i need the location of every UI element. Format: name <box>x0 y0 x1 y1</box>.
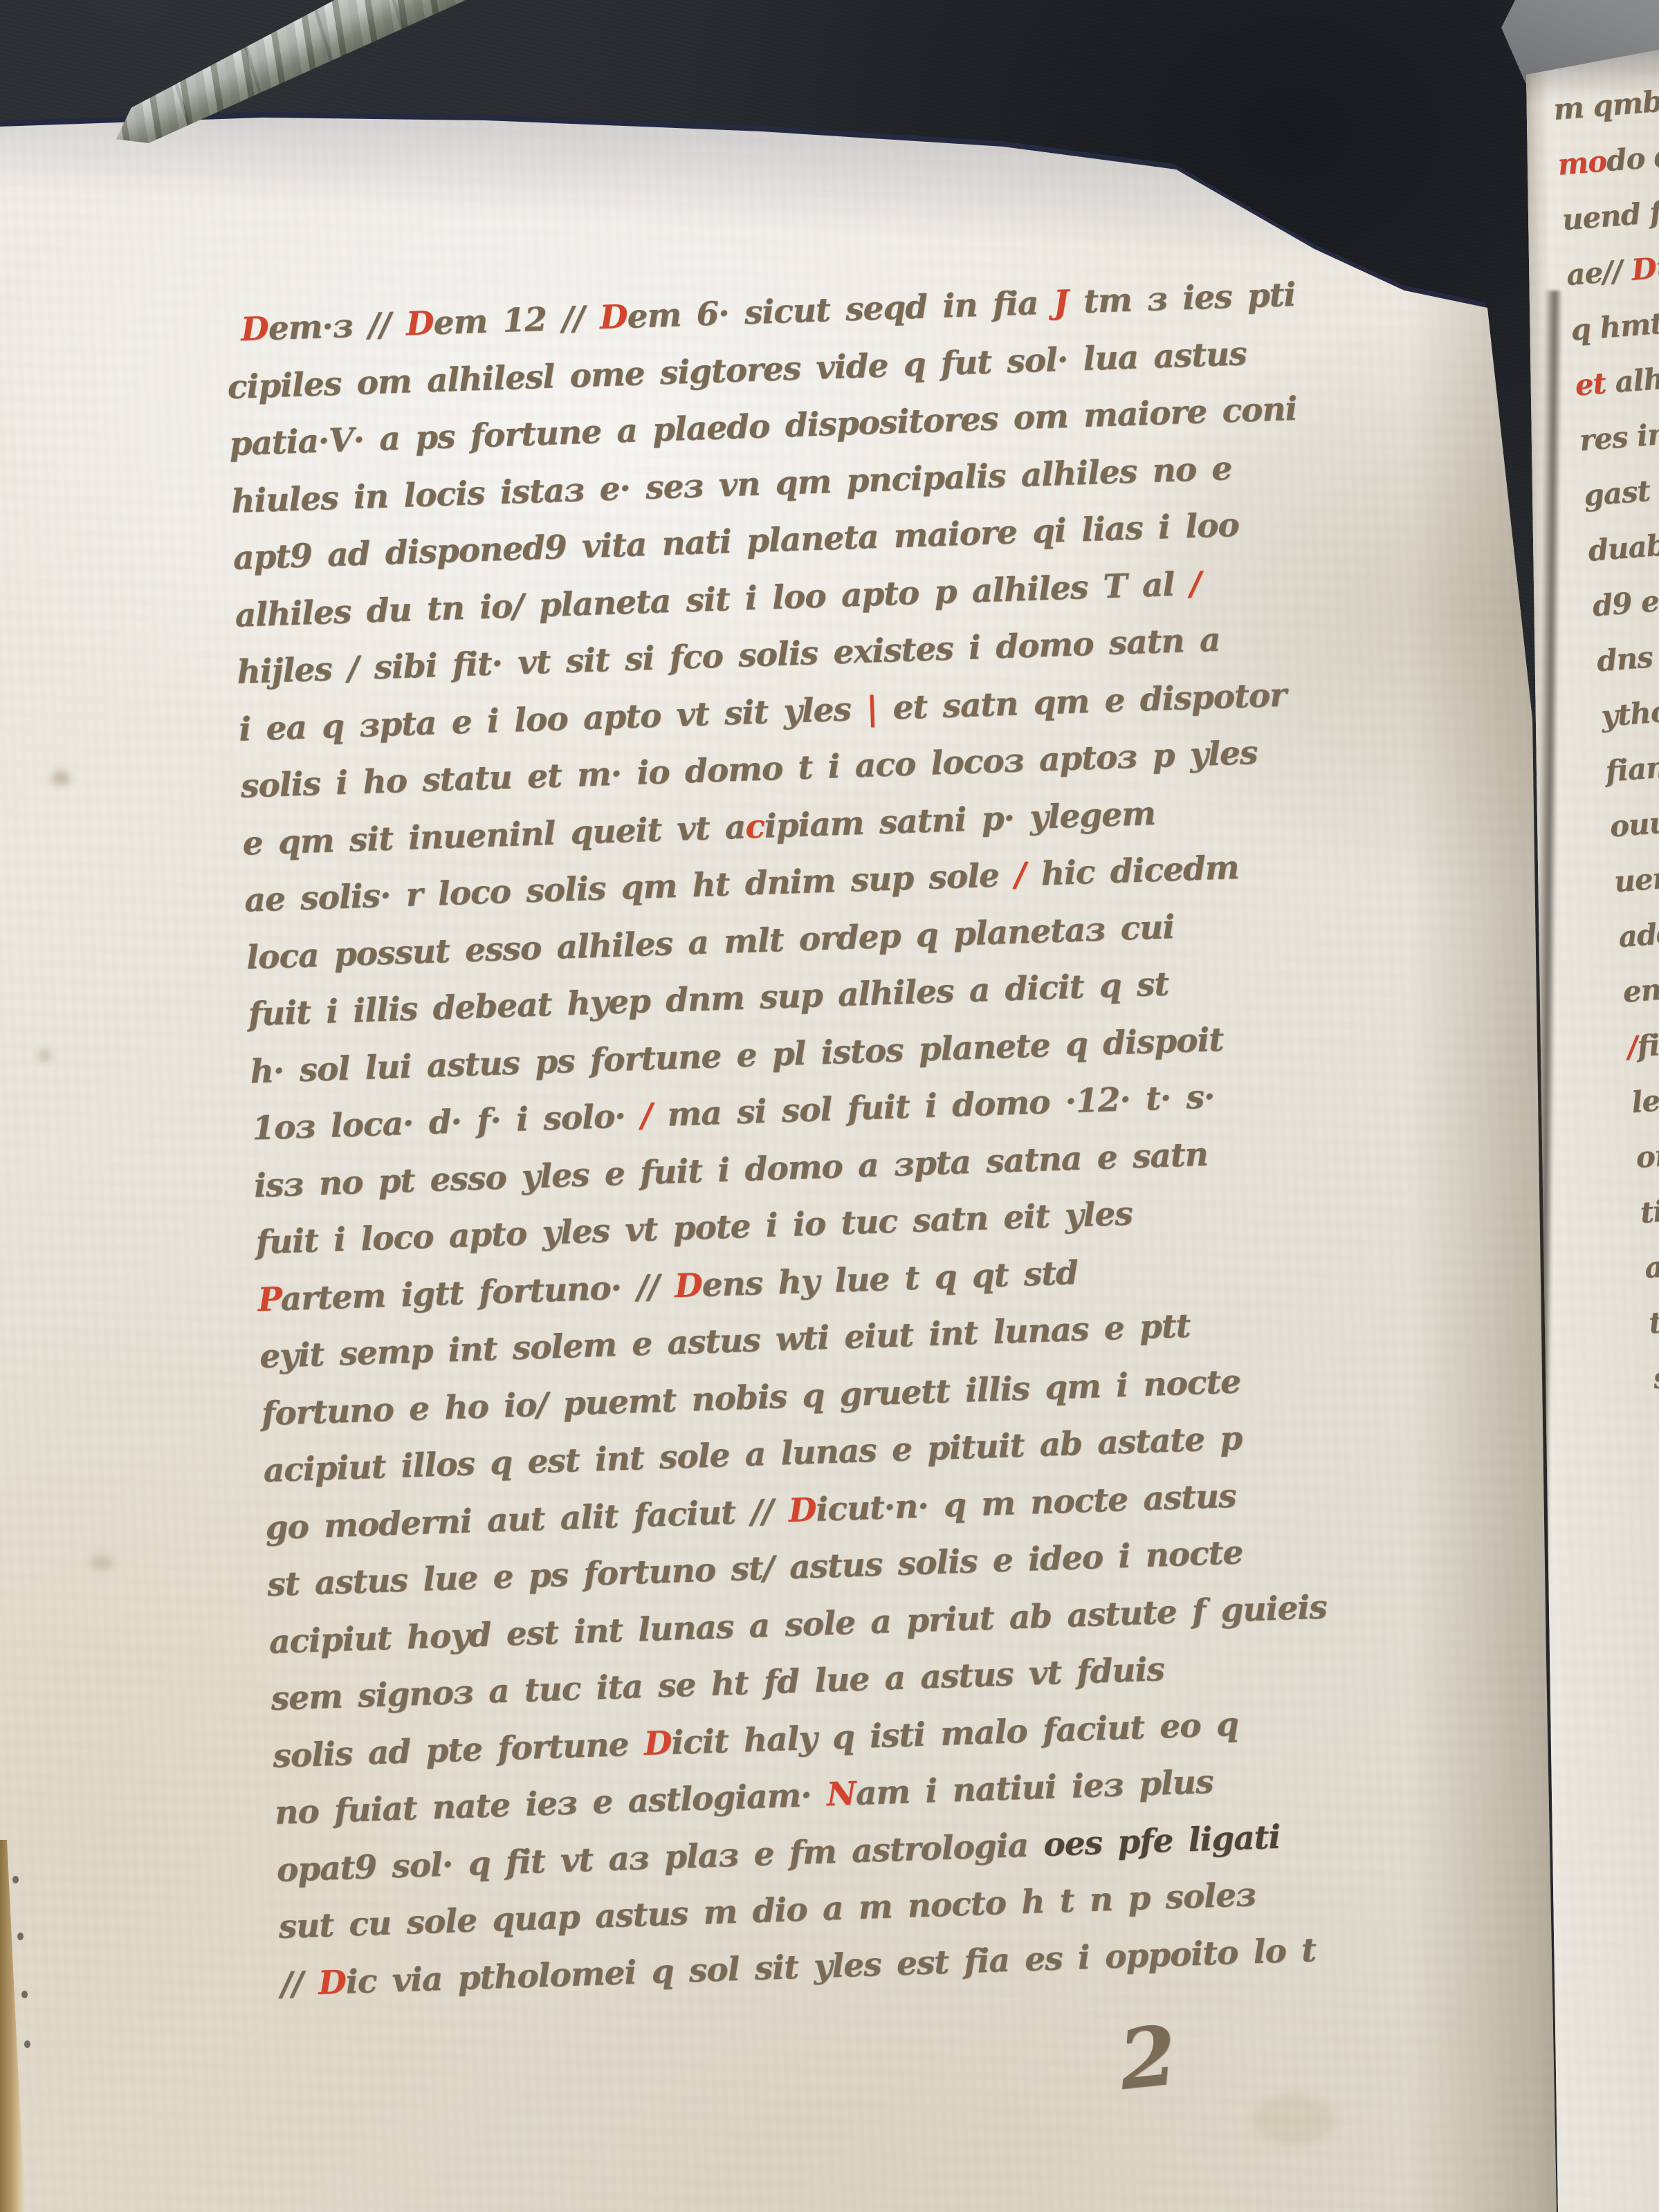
ink-text: or as <box>1635 1135 1659 1175</box>
rubric-mark: et <box>1574 366 1607 402</box>
ink-text: ipiam satni p· ylegem <box>764 794 1156 845</box>
facing-page-line: uerз e <box>1613 851 1659 916</box>
ink-text: duabз s <box>1587 524 1659 568</box>
rubric-mark: D <box>240 310 269 349</box>
ink-text: tie f <box>1639 1191 1659 1230</box>
parchment-stain <box>38 1050 52 1061</box>
facing-page-line: addit <box>1617 905 1659 971</box>
ink-text: am i natiui ieз plus <box>855 1763 1213 1813</box>
facing-page-line: les· e <box>1630 1071 1659 1137</box>
ink-text: addit <box>1617 914 1659 954</box>
ink-text: ouuca t <box>1608 801 1659 844</box>
facing-page-line: q hmt t <box>1569 299 1659 365</box>
facing-page-line: modo dim <box>1556 133 1659 199</box>
ink-text: // <box>280 1964 319 2003</box>
ink-text: ae// <box>1565 253 1633 292</box>
ink-text: fin ad <box>1635 1022 1659 1063</box>
facing-page-line: /fin ad <box>1626 1016 1659 1082</box>
fore-edge-leaves <box>0 1840 25 2212</box>
facing-page-line: ythoq p <box>1600 685 1659 750</box>
rubric-mark: / <box>1189 564 1202 603</box>
rubric-mark: J <box>1053 284 1069 322</box>
ink-text: d9 est sm <box>1591 578 1659 623</box>
rubric-mark: mo <box>1557 144 1608 181</box>
rubric-mark: D <box>643 1724 672 1762</box>
rubric-mark: D <box>674 1266 703 1305</box>
facing-page-line: fiant f <box>1604 740 1659 806</box>
prick-mark <box>17 1933 24 1940</box>
ink-text: 1oз loca· d· f· i solo· <box>252 1097 641 1148</box>
facing-page-line: end st <box>1621 961 1659 1026</box>
ink-text: ens hy lue t q qt std <box>702 1253 1079 1304</box>
ink-text: res in lo <box>1578 414 1659 457</box>
rubric-mark: / <box>1014 856 1026 894</box>
ink-text: em 12 // <box>433 299 601 342</box>
rubric-mark: c <box>744 807 764 846</box>
ink-text: uerз e <box>1613 857 1659 898</box>
ink-text: alhil <box>1643 1246 1659 1285</box>
ink-text: gast q a <box>1582 469 1659 513</box>
ink-text: end st <box>1622 968 1659 1009</box>
ink-text: m qmbз e <box>1552 81 1659 127</box>
facing-page-line: tie f <box>1639 1181 1659 1247</box>
ink-text: tm з ies pti <box>1067 276 1296 322</box>
manuscript-photo: Dem·з // Dem 12 // Dem 6· sicut seqd in … <box>0 0 1659 2212</box>
facing-page-line: ae// Du <box>1565 243 1659 309</box>
ink-text: solis ad pte fortune <box>273 1725 645 1776</box>
facing-page-line: d9 est sm <box>1591 575 1659 640</box>
ink-text: do dim <box>1605 136 1659 178</box>
facing-page-line: m qmbз e <box>1552 78 1659 144</box>
ink-text: em 6· sicut seqd in fia <box>627 284 1054 335</box>
scribal-flourish: 2 <box>1115 2007 1181 2108</box>
rubric-mark: D <box>405 304 434 343</box>
prick-mark <box>21 1991 28 1998</box>
ink-text: q hmt t <box>1570 304 1659 347</box>
facing-page-line: gast q a <box>1582 464 1659 530</box>
facing-page-line: uend fo <box>1561 189 1659 255</box>
rubric-mark: N <box>826 1775 856 1814</box>
rubric-mark: D <box>788 1491 817 1529</box>
prick-mark <box>12 1876 19 1883</box>
prick-mark <box>24 2040 30 2048</box>
facing-page-line: dns lo e <box>1595 630 1659 696</box>
rubric-mark: / <box>640 1096 652 1135</box>
ink-text: fiant f <box>1604 747 1659 789</box>
ink-text: les· e <box>1630 1079 1659 1119</box>
parchment-stain <box>52 771 70 785</box>
rubric-mark: D <box>318 1963 347 2002</box>
ink-text: oes pfe ligati <box>1043 1818 1281 1863</box>
ink-text: artem igtt fortuno· // <box>280 1267 675 1318</box>
parchment-stain <box>90 1555 113 1570</box>
ink-text: hic dicedm <box>1025 849 1240 894</box>
ink-text: tine <box>1648 1302 1659 1340</box>
facing-page-line: duabз s <box>1586 519 1659 585</box>
parchment-stain <box>1252 2096 1335 2144</box>
rubric-mark: D <box>1630 251 1657 287</box>
main-text-block: Dem·з // Dem 12 // Dem 6· sicut seqd in … <box>225 264 1547 2017</box>
facing-page-line: or as <box>1634 1126 1659 1192</box>
ink-text: alhз t <box>1604 358 1659 400</box>
ink-text: dns lo e <box>1595 635 1659 679</box>
rubric-mark: D <box>599 298 628 337</box>
facing-page-line: et alhз t <box>1573 354 1659 420</box>
ink-text: em·з // <box>268 305 407 348</box>
ink-text: icut·n· q m nocte astus <box>816 1477 1237 1529</box>
ink-text: et satn qm e dispotor <box>877 676 1286 728</box>
rubric-mark: P <box>257 1280 282 1319</box>
ink-text: ythoq p <box>1600 690 1659 733</box>
ink-text: uend fo <box>1561 194 1659 237</box>
facing-page-line: res in lo <box>1578 409 1659 475</box>
facing-page-line: ouuca t <box>1608 795 1659 861</box>
